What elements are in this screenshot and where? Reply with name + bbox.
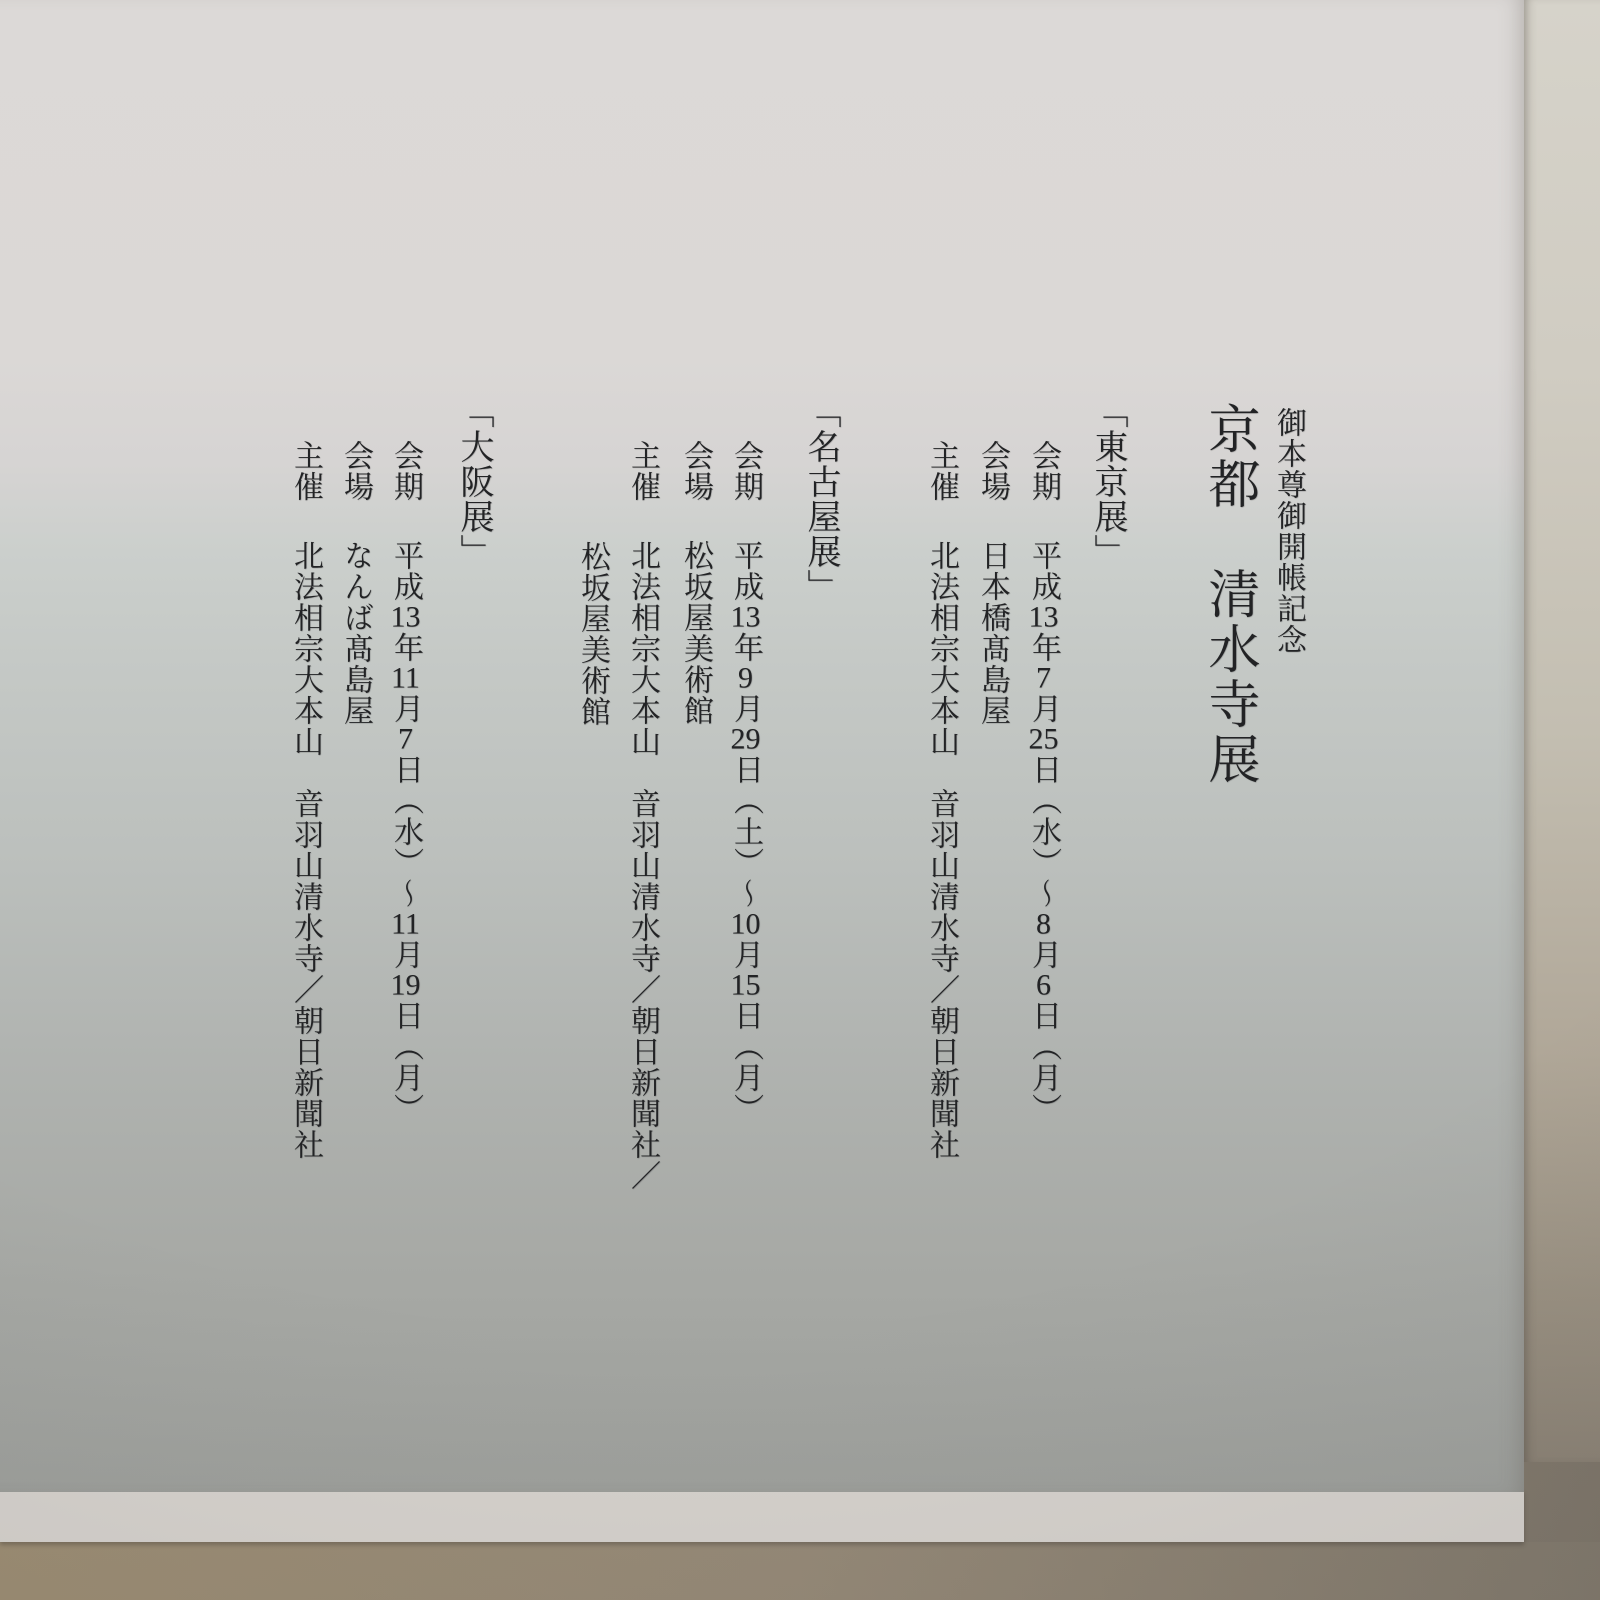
period-value: 平成13年11月7日（水）～11月19日（月） <box>389 540 422 1124</box>
period-label: 会期 <box>389 440 422 502</box>
nagoya-venue-line: 会場松坂屋美術館 <box>680 440 710 726</box>
tokyo-venue-line: 会場日本橋髙島屋 <box>977 440 1007 726</box>
period-label: 会期 <box>729 440 762 502</box>
book-page-photo: 御本尊御開帳記念 京都 清水寺展 「東京展」 会期平成13年7月25日（水）～8… <box>0 0 1600 1600</box>
table-surface <box>0 1542 1600 1600</box>
nagoya-organizer-continuation: 松坂屋美術館 <box>577 541 607 727</box>
venue-label: 会場 <box>976 440 1009 502</box>
venue-label: 会場 <box>339 440 372 502</box>
book-fore-edge <box>1522 0 1600 1462</box>
venue-value: 日本橋髙島屋 <box>976 540 1009 726</box>
organizer-label: 主催 <box>626 440 659 502</box>
section-header-nagoya: 「名古屋展」 <box>803 394 837 604</box>
nagoya-period-line: 会期平成13年9月29日（土）～10月15日（月） <box>730 440 760 1124</box>
organizer-label: 主催 <box>925 440 958 502</box>
organizer-label: 主催 <box>289 440 322 502</box>
period-label: 会期 <box>1027 440 1060 502</box>
organizer-value: 北法相宗大本山 音羽山清水寺／朝日新聞社／ <box>626 540 659 1191</box>
tokyo-organizer-line: 主催北法相宗大本山 音羽山清水寺／朝日新聞社 <box>926 440 956 1160</box>
section-header-tokyo: 「東京展」 <box>1090 394 1124 569</box>
nagoya-organizer-line: 主催北法相宗大本山 音羽山清水寺／朝日新聞社／ <box>627 440 657 1191</box>
venue-label: 会場 <box>679 440 712 502</box>
exhibition-title: 京都 清水寺展 <box>1202 402 1254 787</box>
tokyo-period-line: 会期平成13年7月25日（水）～8月6日（月） <box>1028 440 1058 1124</box>
page-surface: 御本尊御開帳記念 京都 清水寺展 「東京展」 会期平成13年7月25日（水）～8… <box>0 0 1524 1492</box>
osaka-venue-line: 会場なんば髙島屋 <box>340 440 370 726</box>
venue-value: なんば髙島屋 <box>339 540 372 726</box>
dedication-line: 御本尊御開帳記念 <box>1273 407 1303 655</box>
period-value: 平成13年9月29日（土）～10月15日（月） <box>729 540 762 1124</box>
period-value: 平成13年7月25日（水）～8月6日（月） <box>1027 540 1060 1124</box>
osaka-organizer-line: 主催北法相宗大本山 音羽山清水寺／朝日新聞社 <box>290 440 320 1160</box>
section-header-osaka: 「大阪展」 <box>456 394 490 569</box>
venue-value: 松坂屋美術館 <box>679 540 712 726</box>
osaka-period-line: 会期平成13年11月7日（水）～11月19日（月） <box>390 440 420 1124</box>
page-bottom-edge <box>0 1490 1524 1542</box>
organizer-value: 北法相宗大本山 音羽山清水寺／朝日新聞社 <box>289 540 322 1160</box>
organizer-value: 北法相宗大本山 音羽山清水寺／朝日新聞社 <box>925 540 958 1160</box>
